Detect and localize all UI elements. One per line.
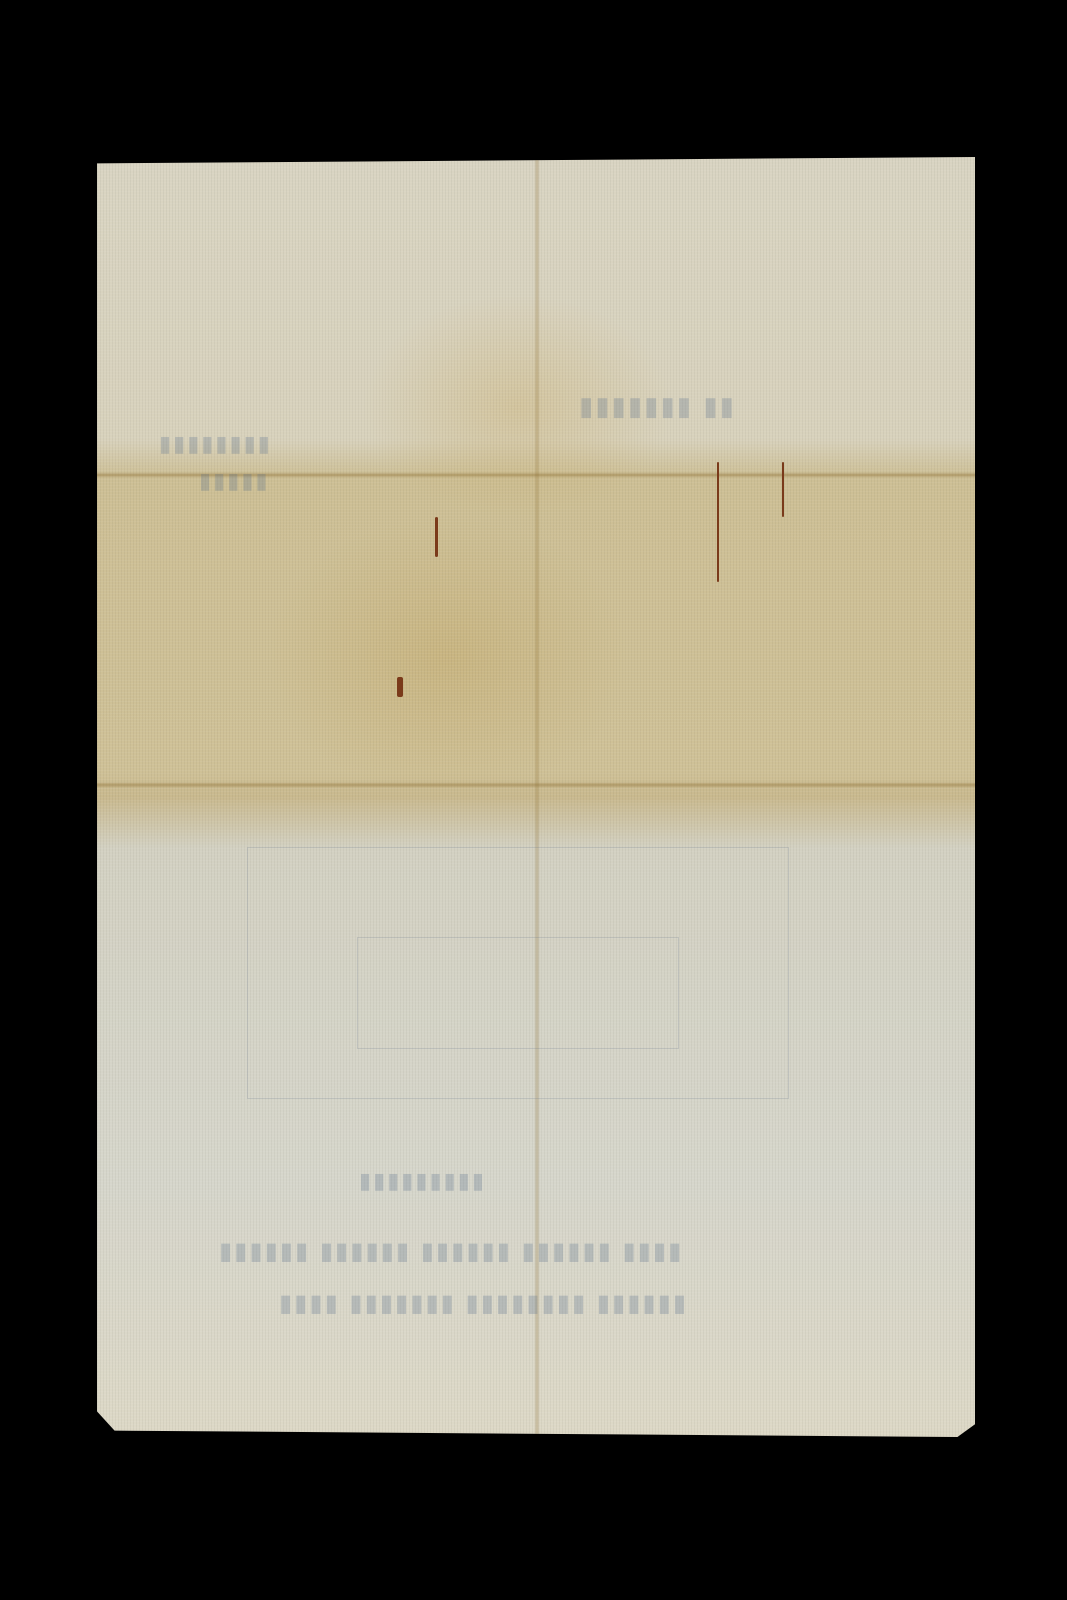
mirrored-bottom-line-2: ▮▮▮▮▮▮ ▮▮▮▮▮▮▮▮ ▮▮▮▮▮▮▮ ▮▮▮▮ bbox=[277, 1289, 686, 1317]
mirrored-header-text: ▮▮ ▮▮▮▮▮▮▮ bbox=[577, 392, 734, 422]
mirrored-bottom-line-1: ▮▮▮▮ ▮▮▮▮▮▮ ▮▮▮▮▮▮ ▮▮▮▮▮▮ ▮▮▮▮▮▮ bbox=[217, 1237, 681, 1265]
mirrored-side-text-2: ▮▮▮▮▮ bbox=[197, 469, 268, 494]
cloth-document: ▮▮ ▮▮▮▮▮▮▮ ▮▮▮▮▮▮▮▮ ▮▮▮▮▮ ▮▮▮▮▮▮▮▮▮ ▮▮▮▮… bbox=[97, 157, 975, 1437]
mirrored-side-text: ▮▮▮▮▮▮▮▮ bbox=[157, 432, 270, 457]
rust-stain bbox=[397, 677, 403, 697]
mirrored-caption: ▮▮▮▮▮▮▮▮▮ bbox=[357, 1169, 484, 1194]
faint-temple-diagram bbox=[357, 937, 679, 1049]
rust-stain bbox=[435, 517, 438, 557]
rust-stain bbox=[782, 462, 784, 517]
rust-stain bbox=[717, 462, 719, 582]
